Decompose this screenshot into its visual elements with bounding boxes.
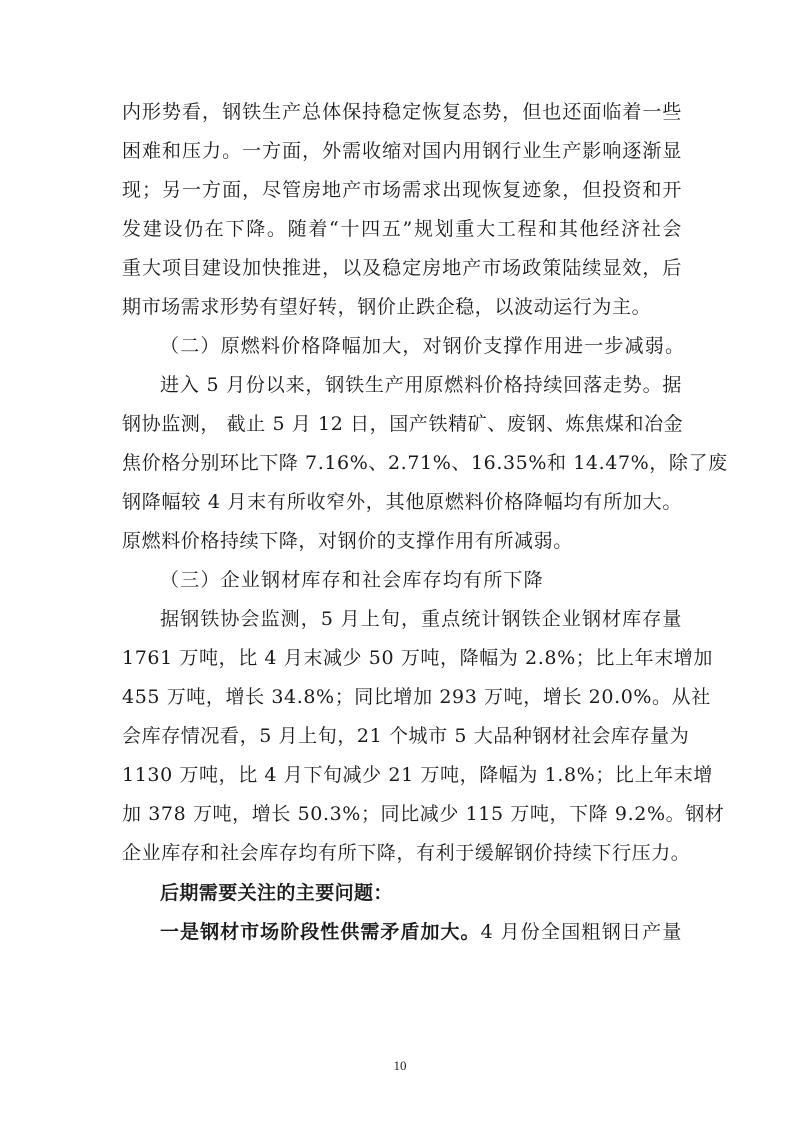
paragraph-line: 据钢铁协会监测，5 月上旬，重点统计钢铁企业钢材库存量 <box>160 607 682 631</box>
document-page: 内形势看，钢铁生产总体保持稳定恢复态势，但也还面临着一些 困难和压力。一方面，外… <box>0 0 800 1131</box>
paragraph-line: 发建设仍在下降。随着“十四五”规划重大工程和其他经济社会 <box>122 217 682 241</box>
issue-item-1: 一是钢材市场阶段性供需矛盾加大。4 月份全国粗钢日产量 <box>160 920 682 944</box>
paragraph-line: 钢降幅较 4 月末有所收窄外，其他原燃料价格降幅均有所加大。 <box>122 490 682 514</box>
paragraph-line: 内形势看，钢铁生产总体保持稳定恢复态势，但也还面临着一些 <box>122 100 682 124</box>
paragraph-line: 钢协监测， 截止 5 月 12 日，国产铁精矿、废钢、炼焦煤和冶金 <box>122 412 682 436</box>
paragraph-line: 进入 5 月份以来，钢铁生产用原燃料价格持续回落走势。据 <box>160 373 682 397</box>
page-number: 10 <box>0 1058 800 1074</box>
paragraph-line: 会库存情况看，5 月上旬，21 个城市 5 大品种钢材社会库存量为 <box>122 724 682 748</box>
paragraph-line: 焦价格分别环比下降 7.16%、2.71%、16.35%和 14.47%，除了废 <box>122 451 682 475</box>
paragraph-line: 1761 万吨，比 4 月末减少 50 万吨，降幅为 2.8%；比上年末增加 <box>122 646 682 670</box>
paragraph-line: 加 378 万吨，增长 50.3%；同比减少 115 万吨，下降 9.2%。钢材 <box>122 802 682 826</box>
paragraph-line: 企业库存和社会库存均有所下降，有利于缓解钢价持续下行压力。 <box>122 841 682 865</box>
paragraph-line: 1130 万吨，比 4 月下旬减少 21 万吨，降幅为 1.8%；比上年末增 <box>122 763 682 787</box>
paragraph-line: 期市场需求形势有望好转，钢价止跌企稳，以波动运行为主。 <box>122 295 651 319</box>
issue-item-1-title: 一是钢材市场阶段性供需矛盾加大。 <box>160 921 481 943</box>
issues-heading: 后期需要关注的主要问题： <box>160 881 393 905</box>
paragraph-line: 重大项目建设加快推进，以及稳定房地产市场政策陆续显效，后 <box>122 256 682 280</box>
paragraph-line: 困难和压力。一方面，外需收缩对国内用钢行业生产影响逐渐显 <box>122 139 682 163</box>
issue-item-1-text: 4 月份全国粗钢日产量 <box>481 921 682 943</box>
section-heading-3: （三）企业钢材库存和社会库存均有所下降 <box>160 568 544 592</box>
paragraph-line: 原燃料价格持续下降，对钢价的支撑作用有所减弱。 <box>122 529 573 553</box>
paragraph-line: 现；另一方面，尽管房地产市场需求出现恢复迹象，但投资和开 <box>122 178 682 202</box>
section-heading-2: （二）原燃料价格降幅加大，对钢价支撑作用进一步减弱。 <box>160 334 682 358</box>
paragraph-line: 455 万吨，增长 34.8%；同比增加 293 万吨，增长 20.0%。从社 <box>122 685 682 709</box>
